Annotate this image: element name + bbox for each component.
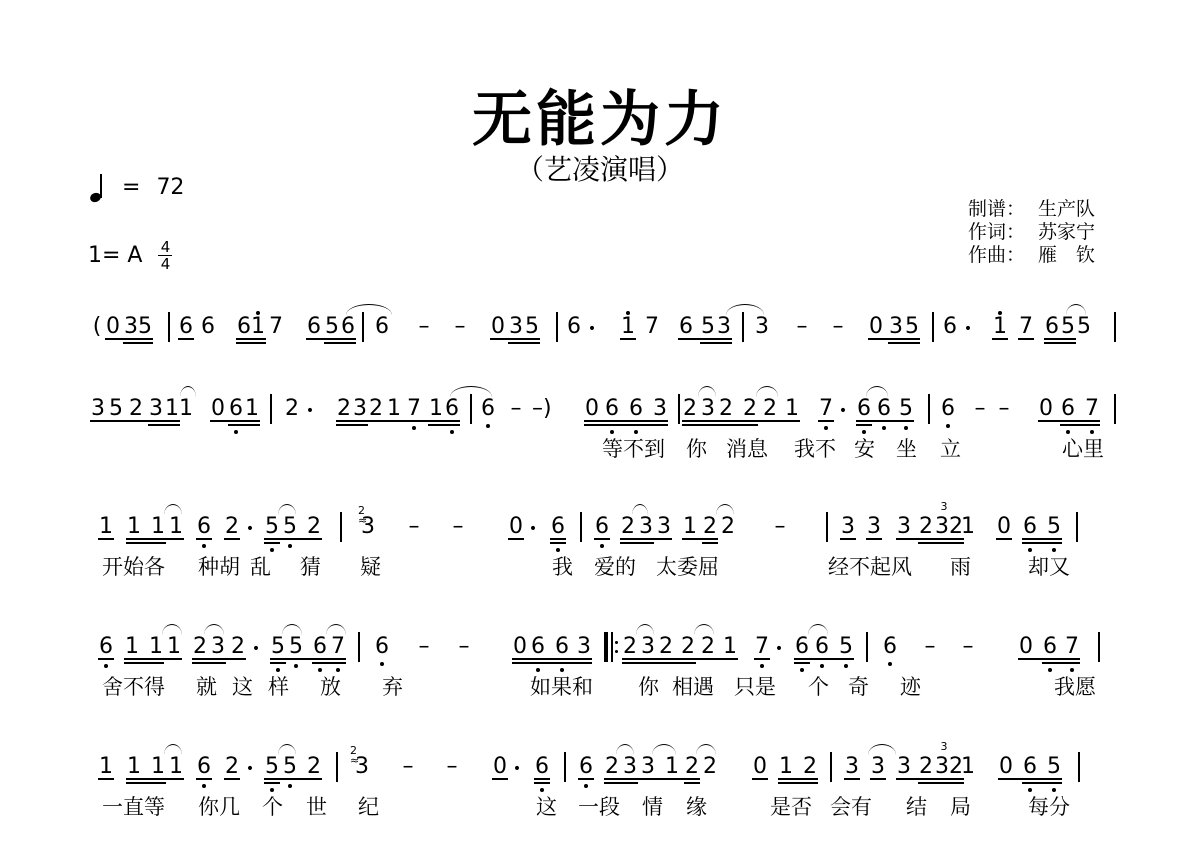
note-digit: 2 (307, 756, 321, 778)
note: 5 (282, 756, 298, 778)
augmentation-dot: • (525, 516, 541, 538)
slur-tie (808, 624, 828, 635)
slur-tie (162, 624, 182, 635)
note: 3 (148, 398, 164, 420)
note-digit: 6 (237, 316, 251, 338)
note-digit: 3 (871, 756, 885, 778)
note: 0 (508, 516, 524, 538)
note-digit: – (459, 636, 470, 658)
note: 6 (678, 316, 694, 338)
note: 3 (508, 316, 524, 338)
low-octave-dot (1066, 430, 1070, 434)
tempo-value: 72 (156, 175, 184, 200)
augmentation-dot: • (584, 316, 600, 338)
note-digit: 1 (245, 398, 259, 420)
note-digit: 6 (313, 636, 327, 658)
score-line: 3523110612•23217166––)06632322217•6656––… (0, 376, 1200, 486)
note: 1 (664, 756, 680, 778)
note-digit: – (403, 756, 414, 778)
sustain-dash: – (450, 516, 466, 538)
lyric-text: 舍不得 (102, 676, 165, 698)
note: 1 (150, 516, 166, 538)
beam-underline (270, 662, 286, 664)
note-digit: 6 (579, 756, 593, 778)
note-digit: 2 (763, 398, 777, 420)
note-digit: 3 (639, 516, 653, 538)
note-digit: 3 (935, 756, 949, 778)
beam-underline (126, 782, 166, 784)
beam-underline (264, 782, 280, 784)
note: 0 (1018, 636, 1034, 658)
note: 7 (1018, 316, 1034, 338)
note-digit: 2 (337, 398, 351, 420)
note: 1 (960, 516, 976, 538)
beam-underline (996, 538, 1012, 540)
credit-label: 作词： (968, 221, 1038, 244)
score-line: 6111232•55676––06632322217•6656––067舍不得就… (0, 614, 1200, 724)
low-octave-dot (1090, 430, 1094, 434)
barline (1114, 394, 1116, 424)
beam-underline (336, 420, 460, 422)
note: 2 (284, 398, 300, 420)
note-digit: 5 (1047, 756, 1061, 778)
note: 6 (856, 398, 872, 420)
note: 5 (524, 316, 540, 338)
augmentation-dot: • (242, 756, 258, 778)
note-digit: • (513, 758, 521, 780)
triplet-mark: 3 (922, 740, 966, 753)
note: 3 (656, 516, 672, 538)
note-digit: 6 (551, 516, 565, 538)
note-digit: 1 (429, 398, 443, 420)
barline (168, 312, 170, 342)
sustain-dash: – (830, 316, 846, 338)
note-digit: 2 (659, 636, 673, 658)
note-digit: 3 (935, 516, 949, 538)
beam-underline (236, 342, 266, 344)
lyric-text: 我不 (794, 438, 836, 460)
note-digit: 3 (509, 316, 523, 338)
note: 2 (622, 636, 638, 658)
note: 6 (534, 756, 550, 778)
note: 2 (702, 756, 718, 778)
note: 5 (904, 316, 920, 338)
note-digit: 7 (819, 398, 833, 420)
note-digit: 2 (307, 516, 321, 538)
lyric-text: 立 (940, 438, 961, 460)
note-digit: • (246, 518, 254, 540)
note-digit: ( (93, 316, 102, 338)
low-octave-dot (1070, 668, 1074, 672)
slur-tie (756, 386, 778, 397)
slur-tie (164, 744, 182, 755)
beam-underline (794, 662, 810, 664)
barline (470, 394, 472, 424)
note-digit: 1 (169, 516, 183, 538)
lyric-text: 弃 (382, 676, 403, 698)
low-octave-dot (336, 668, 340, 672)
barline (564, 752, 566, 782)
lyric-text: 奇 (848, 676, 869, 698)
augmentation-dot: • (302, 398, 318, 420)
barline (830, 752, 832, 782)
note-digit: 5 (1047, 516, 1061, 538)
lyric-text: 迹 (900, 676, 921, 698)
note-digit: 5 (265, 516, 279, 538)
note-digit: 1 (251, 316, 265, 338)
note-digit: 6 (815, 636, 829, 658)
note: 2 (336, 398, 352, 420)
beam-underline (512, 658, 592, 660)
low-octave-dot (288, 784, 292, 788)
note-digit: 6 (1043, 636, 1057, 658)
note-digit: 2 (129, 398, 143, 420)
lyric-text: 我愿 (1054, 676, 1096, 698)
note-digit: 1 (665, 756, 679, 778)
note: 1 (244, 398, 260, 420)
barline (742, 312, 744, 342)
note: 2 (702, 516, 718, 538)
low-octave-dot (270, 548, 274, 552)
beam-underline (1038, 420, 1100, 422)
note: 3 (652, 398, 668, 420)
note-digit: 3 (149, 398, 163, 420)
credit-label: 作曲： (968, 244, 1038, 267)
note-digit: 6 (595, 516, 609, 538)
note: 3 (896, 516, 912, 538)
note-digit: 3 (755, 316, 769, 338)
note: 7 (754, 636, 770, 658)
note: 6 (1044, 316, 1060, 338)
credit-value: 生产队 (1038, 198, 1095, 221)
barline (336, 752, 338, 782)
beam-underline (918, 542, 964, 544)
beam-underline (1022, 542, 1062, 544)
sustain-dash: – (960, 636, 976, 658)
note: 2 (700, 636, 716, 658)
note-digit: 3 (897, 756, 911, 778)
beam-underline (620, 338, 636, 340)
note-digit: • (246, 758, 254, 780)
slur-tie (632, 504, 648, 515)
beam-underline (1018, 658, 1080, 660)
note-digit: 2 (193, 636, 207, 658)
note: 2 (604, 756, 620, 778)
sustain-dash: – (444, 756, 460, 778)
note: 2 (682, 398, 698, 420)
note: 0 (584, 398, 600, 420)
beam-underline (98, 538, 114, 540)
note-digit: 6 (1061, 398, 1075, 420)
note-digit: 7 (407, 398, 421, 420)
lyric-text: 雨 (950, 556, 971, 578)
credit-lyricist: 作词： 苏家宁 (968, 221, 1095, 244)
beam-underline (306, 338, 356, 340)
lyric-text: 等不到 (602, 438, 665, 460)
beam-underline (178, 338, 194, 340)
beam-underline (866, 538, 882, 540)
note: 3 (866, 516, 882, 538)
note-digit: – (833, 316, 844, 338)
beam-underline (312, 662, 346, 664)
barline (340, 512, 342, 542)
time-signature-top: 4 (161, 240, 171, 254)
beam-underline (228, 424, 260, 426)
lyric-text: 却又 (1028, 556, 1070, 578)
low-octave-dot (1052, 548, 1056, 552)
low-octave-dot (450, 430, 454, 434)
note: 1 (682, 516, 698, 538)
note: 6 (228, 398, 244, 420)
beam-underline (818, 420, 834, 422)
note: 6 (178, 316, 194, 338)
note-digit: 1 (125, 636, 139, 658)
note-digit: – (511, 398, 522, 420)
beam-underline (888, 342, 920, 344)
note: 6 (312, 636, 328, 658)
note-digit: 3 (897, 516, 911, 538)
low-octave-dot (276, 668, 280, 672)
note: 1 (124, 636, 140, 658)
note-digit: 3 (867, 516, 881, 538)
lyric-text: 经不起风 (828, 556, 912, 578)
lyric-text: 你 (638, 676, 659, 698)
beam-underline (622, 658, 738, 660)
note-digit: 6 (605, 398, 619, 420)
note: 3 (640, 756, 656, 778)
note: 2 (684, 756, 700, 778)
sustain-dash: – (416, 316, 432, 338)
slur-tie (868, 744, 896, 755)
note: 1 (992, 316, 1008, 338)
note-digit: 3 (701, 398, 715, 420)
note: 1 (126, 516, 142, 538)
low-octave-dot (820, 664, 824, 668)
low-octave-dot (412, 426, 416, 430)
note-digit: 0 (585, 398, 599, 420)
low-octave-dot (234, 430, 238, 434)
note-digit: 5 (701, 316, 715, 338)
note-digit: 1 (621, 316, 635, 338)
note-digit: 2 (225, 516, 239, 538)
note-digit: • (964, 318, 972, 340)
note: 2 (918, 516, 934, 538)
beam-underline (126, 538, 184, 540)
low-octave-dot (318, 668, 322, 672)
note-digit: 6 (197, 516, 211, 538)
beam-underline (684, 782, 700, 784)
beam-underline (578, 778, 594, 780)
bracket: ( (89, 316, 105, 338)
note-digit: 6 (795, 636, 809, 658)
credits: 制谱： 生产队 作词： 苏家宁 作曲： 雁 钦 (968, 198, 1095, 267)
sustain-dash: – (922, 636, 938, 658)
lyric-text: 缘 (686, 796, 707, 818)
beam-underline (264, 542, 280, 544)
beam-underline (604, 778, 700, 780)
sustain-dash: –) (532, 398, 552, 420)
credit-label: 制谱： (968, 198, 1038, 221)
beam-underline (1022, 538, 1062, 540)
sustain-dash: – (406, 516, 422, 538)
beam-underline (778, 778, 818, 780)
note-digit: 2 (743, 398, 757, 420)
note-digit: 1 (993, 316, 1007, 338)
low-octave-dot (584, 784, 588, 788)
note-digit: 1 (723, 636, 737, 658)
note: 6 (942, 316, 958, 338)
note-digit: 1 (779, 756, 793, 778)
note-digit: 6 (857, 398, 871, 420)
note: 0 (512, 636, 528, 658)
note-digit: 2 (919, 516, 933, 538)
augmentation-dot: • (242, 516, 258, 538)
note: 5 (264, 516, 280, 538)
note: 1 (778, 756, 794, 778)
note-digit: • (588, 318, 596, 340)
note-digit: • (775, 638, 783, 660)
note: 6 (604, 398, 620, 420)
note: 6 (374, 636, 390, 658)
note-digit: – (775, 516, 786, 538)
note: 2 (128, 398, 144, 420)
note: 6 (550, 516, 566, 538)
sustain-dash: – (794, 316, 810, 338)
tempo-equals: = (122, 175, 140, 200)
lyric-text: 样 (268, 676, 289, 698)
sustain-dash: – (508, 398, 524, 420)
time-signature-bottom: 4 (161, 257, 171, 271)
note-digit: 5 (525, 316, 539, 338)
lyric-text: 局 (950, 796, 971, 818)
slur-tie (450, 386, 492, 397)
note: 5 (108, 398, 124, 420)
sustain-dash: – (456, 636, 472, 658)
beam-underline (868, 338, 920, 340)
note-digit: –) (532, 398, 552, 420)
note: 5 (898, 398, 914, 420)
barline (1076, 512, 1078, 542)
note: 6 (98, 636, 114, 658)
low-octave-dot (556, 548, 560, 552)
note-digit: 2 (701, 636, 715, 658)
lyric-text: 你 (686, 438, 707, 460)
lyric-text: 情 (642, 796, 663, 818)
lyric-text: 太委屈 (656, 556, 719, 578)
high-octave-dot (998, 311, 1002, 315)
note-digit: 6 (1023, 516, 1037, 538)
note: 6 (794, 636, 810, 658)
note: 1 (250, 316, 266, 338)
note: 0 (492, 756, 508, 778)
barline (678, 394, 680, 424)
note-digit: 2 (703, 756, 717, 778)
barline (826, 512, 828, 542)
note-digit: 1 (151, 756, 165, 778)
note: 2 (718, 398, 734, 420)
note: 5 (270, 636, 286, 658)
beam-underline (508, 538, 524, 540)
note: 1 (722, 636, 738, 658)
note: 3 (640, 636, 656, 658)
note-digit: 5 (1061, 316, 1075, 338)
note: 3 (888, 316, 904, 338)
beam-underline (896, 778, 964, 780)
note: 2 (192, 636, 208, 658)
note-digit: 6 (531, 636, 545, 658)
note-digit: 6 (481, 398, 495, 420)
note-digit: 5 (138, 316, 152, 338)
low-octave-dot (824, 426, 828, 430)
note-digit: – (963, 636, 974, 658)
beam-underline (604, 782, 638, 784)
note-digit: 0 (211, 398, 225, 420)
note-digit: 6 (375, 316, 389, 338)
beam-underline (584, 424, 668, 426)
time-signature: 4 4 (158, 240, 172, 271)
note-digit: 3 (717, 316, 731, 338)
song-title: 无能为力 (0, 72, 1200, 158)
note-digit: 3 (91, 398, 105, 420)
note: 6 (340, 316, 356, 338)
note-digit: 3 (641, 636, 655, 658)
note: 6 (196, 756, 212, 778)
tempo-marking: = 72 (90, 172, 184, 202)
note: 2 (224, 756, 240, 778)
note-digit: 6 (445, 398, 459, 420)
note-digit: 6 (197, 756, 211, 778)
note: 5 (282, 516, 298, 538)
note: 3 (360, 516, 376, 538)
note: 2 (368, 398, 384, 420)
lyric-text: 个 (808, 676, 829, 698)
lyric-text: 放 (320, 676, 341, 698)
note-digit: 6 (307, 316, 321, 338)
credit-arranger: 制谱： 生产队 (968, 198, 1095, 221)
note-digit: 7 (755, 636, 769, 658)
note: 2 (230, 636, 246, 658)
note-digit: 5 (271, 636, 285, 658)
beam-underline (992, 338, 1008, 340)
lyric-text: 你几 (198, 796, 240, 818)
low-octave-dot (800, 668, 804, 672)
note-digit: 1 (387, 398, 401, 420)
low-octave-dot (904, 426, 908, 430)
note: 5 (838, 636, 854, 658)
note: 1 (784, 398, 800, 420)
note-digit: 7 (645, 316, 659, 338)
slur-tie (694, 624, 714, 635)
low-octave-dot (634, 430, 638, 434)
beam-underline (126, 778, 184, 780)
augmentation-dot: • (960, 316, 976, 338)
note: 6 (578, 756, 594, 778)
beam-underline (1060, 424, 1100, 426)
note-digit: 7 (1085, 398, 1099, 420)
note-digit: – (999, 398, 1010, 420)
low-octave-dot (844, 664, 848, 668)
note-digit: 1 (785, 398, 799, 420)
note: 3 (840, 516, 856, 538)
beam-underline (754, 658, 770, 660)
triplet-mark: 3 (922, 500, 966, 513)
low-octave-dot (294, 664, 298, 668)
note: 3 (210, 636, 226, 658)
note-digit: 1 (683, 516, 697, 538)
note: 0 (1038, 398, 1054, 420)
lyric-text: 如果和 (530, 676, 593, 698)
slur-tie (278, 744, 296, 755)
